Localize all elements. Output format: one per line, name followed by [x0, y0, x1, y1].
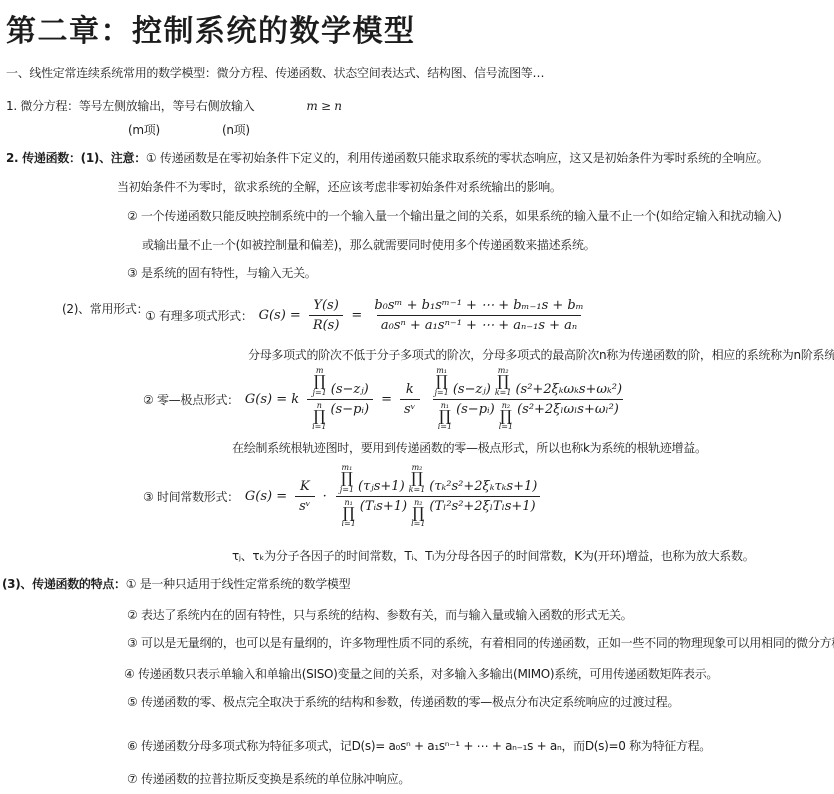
- form3-formula: ③ 时间常数形式： G(s) = K sᵛ · m₁∏j=1 (τⱼs+1) m…: [143, 462, 543, 530]
- product-symbol: m₁∏j=1: [340, 464, 354, 494]
- prod-expression: (τₖ²s²+2ξₖτₖs+1): [429, 479, 537, 494]
- pi-symbol: ∏: [341, 472, 353, 486]
- form1-formula: ① 有理多项式形式： G(s) = Y(s) R(s) = b₀sᵐ + b₁s…: [145, 292, 590, 338]
- prod-lower-limit: k=1: [495, 389, 512, 397]
- form1-frac1-den: R(s): [313, 318, 340, 333]
- form2-k-over-s: k sᵛ: [400, 382, 420, 417]
- tf-heading: 2. 传递函数：(1)、注意：: [6, 151, 146, 165]
- feature-item-1: ① 是一种只适用于线性定常系统的数学模型: [126, 577, 351, 591]
- product-symbol: n₁∏i=1: [438, 402, 452, 432]
- product-symbol: n₂∏l=1: [499, 402, 513, 432]
- form3-note: τⱼ、τₖ为分子各因子的时间常数，Tᵢ、Tₗ为分母各因子的时间常数，K为(开环)…: [232, 549, 754, 564]
- pi-symbol: ∏: [439, 410, 451, 424]
- tf-note1-line: 2. 传递函数：(1)、注意：① 传递函数是在零初始条件下定义的，利用传递函数只…: [6, 151, 768, 166]
- prod-expression: (Tₗ²s²+2ξₗTₗs+1): [429, 499, 535, 514]
- features-heading-line: (3)、传递函数的特点：① 是一种只适用于线性定常系统的数学模型: [2, 577, 350, 592]
- pi-symbol: ∏: [412, 507, 424, 521]
- pi-symbol: ∏: [497, 375, 509, 389]
- prod-lower-limit: i=1: [438, 423, 452, 431]
- form1-denominator: a₀sⁿ + a₁sⁿ⁻¹ + ⋯ + aₙ₋₁s + aₙ: [381, 318, 577, 333]
- form1-numerator: b₀sᵐ + b₁sᵐ⁻¹ + ⋯ + bₘ₋₁s + bₘ: [374, 298, 583, 313]
- form1-frac-ys-rs: Y(s) R(s): [309, 298, 344, 333]
- product-symbol: n₂∏l=1: [411, 499, 425, 529]
- form2-lhs: G(s) = k: [245, 392, 299, 407]
- form1-main-fraction: b₀sᵐ + b₁sᵐ⁻¹ + ⋯ + bₘ₋₁s + bₘ a₀sⁿ + a₁…: [370, 298, 587, 333]
- diff-eq-text: 1. 微分方程：等号左侧放输出，等号右侧放输入: [6, 99, 254, 113]
- tf-note1a: ① 传递函数是在零初始条件下定义的，利用传递函数只能求取系统的零状态响应，这又是…: [146, 151, 768, 165]
- forms-heading: (2)、常用形式：: [62, 302, 148, 317]
- prod-expression: (s−zⱼ): [453, 382, 491, 397]
- form1-eq: =: [351, 308, 362, 323]
- form2-formula: ② 零—极点形式： G(s) = k m∏j=1 (s−zⱼ) n∏i=1 (s…: [143, 366, 628, 432]
- diff-eq-m-note: (m项): [128, 123, 160, 138]
- prod-lower-limit: i=1: [341, 520, 355, 528]
- prod-lower-limit: j=1: [312, 389, 326, 397]
- form2-k: k: [406, 382, 414, 397]
- prod-lower-limit: l=1: [499, 423, 513, 431]
- form3-s-nu: sᵛ: [299, 499, 311, 514]
- form1-label: ① 有理多项式形式：: [145, 307, 253, 324]
- form2-fraction-1: m∏j=1 (s−zⱼ) n∏i=1 (s−pᵢ): [307, 367, 373, 431]
- form2-fraction-2: m₁∏j=1 (s−zⱼ) m₂∏k=1 (s²+2ξₖωₖs+ωₖ²) n₁∏…: [430, 367, 626, 431]
- feature-item-2: ② 表达了系统内在的固有特性，只与系统的结构、参数有关，而与输入量或输入函数的形…: [127, 608, 632, 623]
- form1-note: 分母多项式的阶次不低于分子多项式的阶次，分母多项式的最高阶次n称为传递函数的阶，…: [248, 348, 834, 363]
- form3-k-over-s: K sᵛ: [295, 479, 315, 514]
- prod-lower-limit: i=1: [312, 423, 326, 431]
- form3-lhs: G(s) =: [245, 489, 287, 504]
- prod-lower-limit: j=1: [340, 486, 354, 494]
- form1-frac1-num: Y(s): [313, 298, 338, 313]
- tf-note3: ③ 是系统的固有特性，与输入无关。: [127, 266, 316, 281]
- diff-eq-condition: m ≥ n: [306, 99, 341, 113]
- prod-expression: (Tᵢs+1): [360, 499, 407, 514]
- tf-note1b: 当初始条件不为零时，欲求系统的全解，还应该考虑非零初始条件对系统输出的影响。: [117, 180, 562, 195]
- diff-eq-n-note: (n项): [222, 123, 250, 138]
- product-symbol: m₂∏k=1: [409, 464, 426, 494]
- form2-s-nu: sᵛ: [404, 402, 416, 417]
- prod-expression: (s²+2ξₖωₖs+ωₖ²): [515, 382, 622, 397]
- form1-lhs: G(s) =: [259, 308, 301, 323]
- diff-eq-line: 1. 微分方程：等号左侧放输出，等号右侧放输入m ≥ n: [6, 99, 342, 114]
- pi-symbol: ∏: [313, 410, 325, 424]
- pi-symbol: ∏: [436, 375, 448, 389]
- prod-lower-limit: j=1: [435, 389, 449, 397]
- prod-expression: (s−pᵢ): [456, 402, 495, 417]
- prod-expression: (τⱼs+1): [358, 479, 405, 494]
- form3-k: K: [300, 479, 310, 494]
- notes-page: 第二章：控制系统的数学模型 一、线性定常连续系统常用的数学模型：微分方程、传递函…: [0, 0, 834, 794]
- prod-lower-limit: k=1: [409, 486, 426, 494]
- prod-lower-limit: l=1: [411, 520, 425, 528]
- feature-item-6: ⑥ 传递函数分母多项式称为特征多项式，记D(s)= a₀sⁿ + a₁sⁿ⁻¹ …: [127, 739, 711, 754]
- product-symbol: m₂∏k=1: [495, 367, 512, 397]
- feature-item-4: ④ 传递函数只表示单输入和单输出(SISO)变量之间的关系，对多输入多输出(MI…: [124, 667, 718, 682]
- pi-symbol: ∏: [314, 375, 326, 389]
- tf-note2b: 或输出量不止一个(如被控制量和偏差)，那么就需要同时使用多个传递函数来描述系统。: [142, 238, 595, 253]
- product-symbol: m₁∏j=1: [435, 367, 449, 397]
- prod-expression: (s²+2ξₗωₗs+ωₗ²): [517, 402, 619, 417]
- form3-label: ③ 时间常数形式：: [143, 488, 239, 505]
- form2-label: ② 零—极点形式：: [143, 391, 239, 408]
- product-symbol: m∏j=1: [312, 367, 326, 397]
- form2-note: 在绘制系统根轨迹图时，要用到传递函数的零—极点形式，所以也称k为系统的根轨迹增益…: [232, 441, 707, 456]
- feature-item-5: ⑤ 传递函数的零、极点完全取决于系统的结构和参数，传递函数的零—极点分布决定系统…: [127, 695, 679, 710]
- product-symbol: n₁∏i=1: [341, 499, 355, 529]
- features-heading: (3)、传递函数的特点：: [2, 577, 126, 591]
- feature-item-7: ⑦ 传递函数的拉普拉斯反变换是系统的单位脉冲响应。: [127, 772, 410, 787]
- form2-eq: =: [381, 392, 392, 407]
- prod-expression: (s−pᵢ): [330, 402, 369, 417]
- tf-note2a: ② 一个传递函数只能反映控制系统中的一个输入量一个输出量之间的关系，如果系统的输…: [127, 209, 782, 224]
- product-symbol: n∏i=1: [312, 402, 326, 432]
- prod-expression: (s−zⱼ): [331, 382, 369, 397]
- pi-symbol: ∏: [500, 410, 512, 424]
- form3-main-fraction: m₁∏j=1 (τⱼs+1) m₂∏k=1 (τₖ²s²+2ξₖτₖs+1) n…: [335, 464, 542, 528]
- form3-dot: ·: [323, 489, 327, 504]
- page-title: 第二章：控制系统的数学模型: [6, 6, 416, 50]
- feature-item-3: ③ 可以是无量纲的，也可以是有量纲的，许多物理性质不同的系统，有着相同的传递函数…: [127, 636, 834, 651]
- pi-symbol: ∏: [411, 472, 423, 486]
- overview-line: 一、线性定常连续系统常用的数学模型：微分方程、传递函数、状态空间表达式、结构图、…: [6, 66, 544, 81]
- pi-symbol: ∏: [343, 507, 355, 521]
